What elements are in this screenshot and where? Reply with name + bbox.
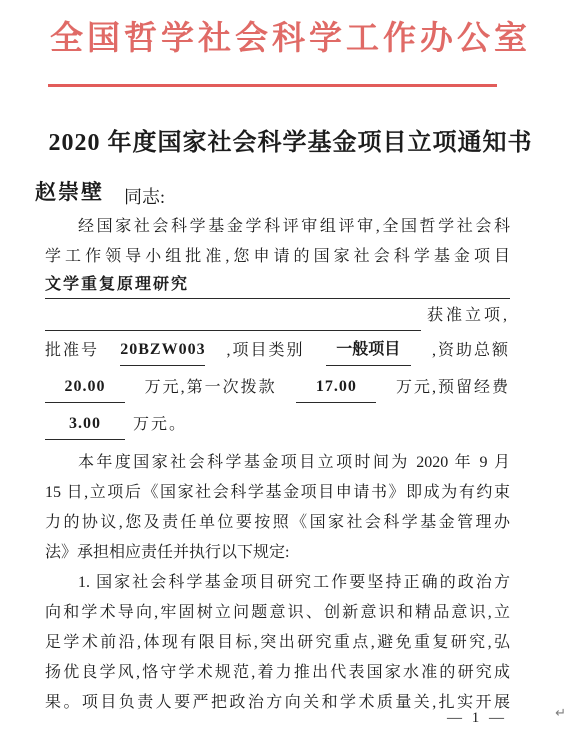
doc-title: 2020 年度国家社会科学基金项目立项通知书 — [0, 122, 581, 157]
approved-suffix: 获准立项, — [421, 301, 510, 331]
letterhead-divider — [48, 84, 497, 87]
field-row-approval: 批准号 20BZW003 ,项目类别 一般项目 ,资助总额 — [45, 331, 510, 368]
category-label: ,项目类别 — [226, 336, 304, 366]
letterhead-org-title: 全国哲学社会科学工作办公室 — [0, 12, 581, 59]
para2-line-3: 力的协议,您及责任单位要按照《国家社会科学基金管理办 — [45, 508, 510, 538]
page-number: — 1 — — [447, 710, 507, 727]
recipient-name: 赵崇壁 — [35, 180, 104, 204]
approval-number-label: 批准号 — [45, 336, 99, 366]
reserve-funding-label: 万元,预留经费 — [396, 373, 510, 403]
letter-body: 经国家社会科学基金学科评审组评审,全国哲学社会科 学工作领导小组批准,您申请的国… — [45, 212, 510, 718]
salutation: 赵崇壁 同志: — [35, 176, 165, 206]
return-mark-icon: ↵ — [555, 706, 566, 721]
total-funding-label: ,资助总额 — [432, 336, 510, 366]
para3-line-1: 1. 国家社会科学基金项目研究工作要坚持正确的政治方 — [45, 568, 510, 598]
first-payment-value: 17.00 — [296, 372, 376, 403]
total-amount-value: 20.00 — [45, 372, 125, 403]
para3-line-3: 足学术前沿,体现有限目标,突出研究重点,避免重复研究,弘 — [45, 628, 510, 658]
para1-line-1: 经国家社会科学基金学科评审组评审,全国哲学社会科 — [45, 212, 510, 242]
para2-line-1: 本年度国家社会科学基金项目立项时间为 2020 年 9 月 — [45, 448, 510, 478]
field-row-payments: 20.00 万元,第一次拨款 17.00 万元,预留经费 — [45, 368, 510, 405]
project-title-field: 文学重复原理研究 — [45, 272, 510, 299]
approval-line: 获准立项, — [45, 299, 510, 331]
blank-underline — [45, 329, 421, 331]
reserve-suffix-label: 万元。 — [133, 410, 187, 440]
para1-line-2: 学工作领导小组批准,您申请的国家社会科学基金项目 — [45, 242, 510, 272]
reserve-amount-value: 3.00 — [45, 409, 125, 440]
notice-document-page: 全国哲学社会科学工作办公室 2020 年度国家社会科学基金项目立项通知书 赵崇壁… — [0, 0, 581, 745]
approval-number-value: 20BZW003 — [120, 335, 205, 366]
first-payment-label: 万元,第一次拨款 — [145, 373, 277, 403]
para2-line-2: 15 日,立项后《国家社会科学基金项目申请书》即成为有约束 — [45, 478, 510, 508]
field-row-reserve: 3.00 万元。 — [45, 405, 510, 442]
para2-line-4: 法》承担相应责任并执行以下规定: — [45, 538, 510, 568]
para3-line-5: 果。项目负责人要严把政治方向关和学术质量关,扎实开展 — [45, 688, 510, 718]
para3-line-4: 扬优良学风,恪守学术规范,着力推出代表国家水准的研究成 — [45, 658, 510, 688]
category-value: 一般项目 — [326, 335, 411, 366]
salutation-suffix: 同志: — [124, 187, 165, 207]
para3-line-2: 向和学术导向,牢固树立问题意识、创新意识和精品意识,立 — [45, 598, 510, 628]
